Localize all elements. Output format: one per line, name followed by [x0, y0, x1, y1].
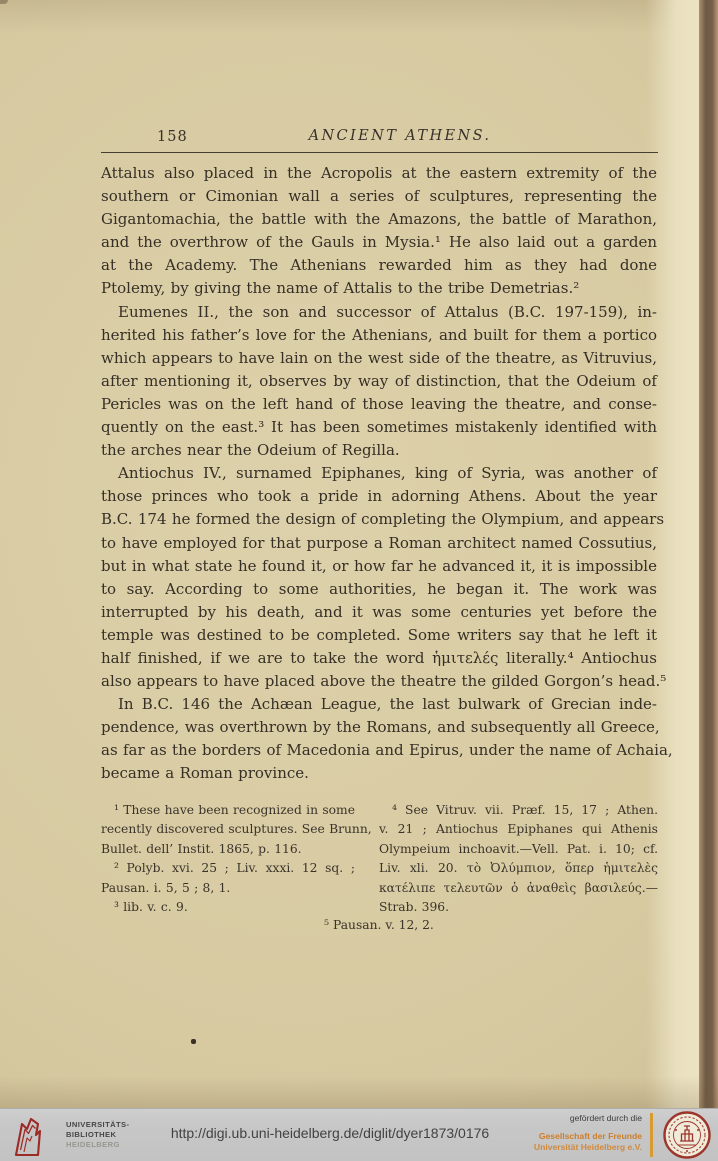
text-line: ³ lib. v. c. 9. — [101, 898, 355, 917]
text-line: ⁴ See Vitruv. vii. Præf. 15, 17 ; Athen. — [379, 801, 658, 820]
text-line: half finished, if we are to take the wor… — [101, 647, 657, 670]
page-edge-shadow — [699, 0, 718, 1108]
text-line: Antiochus IV., surnamed Epiphanes, king … — [101, 462, 657, 485]
footnote-4: ⁴ See Vitruv. vii. Præf. 15, 17 ; Athen.… — [379, 801, 658, 917]
text-line: Strab. 396. — [379, 898, 658, 917]
footer-divider — [650, 1113, 653, 1157]
text-line: v. 21 ; Antiochus Epiphanes qui Athenis — [379, 820, 658, 839]
text-line: after mentioning it, observes by way of … — [101, 370, 657, 393]
footnote-2: ² Polyb. xvi. 25 ; Liv. xxxi. 12 sq. ;Pa… — [101, 859, 355, 898]
text-line: herited his father’s love for the Atheni… — [101, 324, 657, 347]
text-line: Olympeium inchoavit.—Vell. Pat. i. 10; c… — [379, 840, 658, 859]
text-line: at the Academy. The Athenians rewarded h… — [101, 254, 657, 277]
library-footer-bar: UNIVERSITÄTS- BIBLIOTHEK HEIDELBERG http… — [0, 1108, 718, 1161]
funding-credit: gefördert durch die Gesellschaft der Fre… — [440, 1113, 642, 1154]
text-line: temple was destined to be completed. Som… — [101, 624, 657, 647]
footnotes-right-column: ⁴ See Vitruv. vii. Præf. 15, 17 ; Athen.… — [379, 801, 658, 917]
text-line: also appears to have placed above the th… — [101, 670, 657, 693]
funding-line1: gefördert durch die — [440, 1113, 642, 1125]
text-line: In B.C. 146 the Achæan League, the last … — [101, 693, 657, 716]
text-line: pendence, was overthrown by the Romans, … — [101, 716, 657, 739]
text-line: Gigantomachia, the battle with the Amazo… — [101, 208, 657, 231]
paragraph-eumenes: Eumenes II., the son and successor of At… — [101, 301, 657, 463]
text-line: and the overthrow of the Gauls in Mysia.… — [101, 231, 657, 254]
running-title: ANCIENT ATHENS. — [245, 128, 555, 144]
funding-line2: Gesellschaft der Freunde — [440, 1131, 642, 1143]
ink-speck — [191, 1039, 196, 1044]
text-line: Pericles was on the left hand of those l… — [101, 393, 657, 416]
scan-corner-artifact — [0, 0, 8, 4]
footnote-1: ¹ These have been recognized in somerece… — [101, 801, 355, 859]
page-bottom-shadow — [0, 1076, 718, 1108]
university-seal-icon — [662, 1110, 712, 1160]
text-line: became a Roman province. — [101, 762, 657, 785]
paragraph-attalus: Attalus also placed in the Acropolis at … — [101, 162, 657, 301]
footnotes-left-column: ¹ These have been recognized in somerece… — [101, 801, 355, 917]
header-rule — [101, 152, 658, 153]
page-number: 158 — [157, 129, 188, 145]
ub-heidelberg-logo-icon — [13, 1116, 43, 1157]
text-line: Attalus also placed in the Acropolis at … — [101, 162, 657, 185]
text-line: to say. According to some authorities, h… — [101, 578, 657, 601]
text-line: as far as the borders of Macedonia and E… — [101, 739, 657, 762]
text-line: ² Polyb. xvi. 25 ; Liv. xxxi. 12 sq. ; — [101, 859, 355, 878]
book-page-scan: 158 ANCIENT ATHENS. Attalus also placed … — [0, 0, 718, 1108]
text-line: those princes who took a pride in adorni… — [101, 485, 657, 508]
text-line: which appears to have lain on the west s… — [101, 347, 657, 370]
paragraph-achaean-league: In B.C. 146 the Achæan League, the last … — [101, 693, 657, 785]
text-line: to have employed for that purpose a Roma… — [101, 532, 657, 555]
text-line: southern or Cimonian wall a series of sc… — [101, 185, 657, 208]
text-line: recently discovered sculptures. See Brun… — [101, 820, 355, 839]
text-line: Bullet. dell’ Instit. 1865, p. 116. — [101, 840, 355, 859]
library-name-line3: HEIDELBERG — [66, 1140, 129, 1150]
text-line: interrupted by his death, and it was som… — [101, 601, 657, 624]
footnote-3: ³ lib. v. c. 9. — [101, 898, 355, 917]
footnote-5: ⁵ Pausan. v. 12, 2. — [101, 918, 657, 932]
scanned-page-viewport: 158 ANCIENT ATHENS. Attalus also placed … — [0, 0, 718, 1161]
text-line: Ptolemy, by giving the name of Attalis t… — [101, 277, 657, 300]
text-line: Eumenes II., the son and successor of At… — [101, 301, 657, 324]
text-line: but in what state he found it, or how fa… — [101, 555, 657, 578]
text-line: B.C. 174 he formed the design of complet… — [101, 508, 657, 531]
body-text: Attalus also placed in the Acropolis at … — [101, 162, 657, 786]
text-line: Liv. xli. 20. τὸ Ὀλύμπιον, ὅπερ ἡμιτελὲς — [379, 859, 658, 878]
text-line: Pausan. i. 5, 5 ; 8, 1. — [101, 879, 355, 898]
text-line: κατέλιπε τελευτῶν ὁ ἀναθεὶς βασιλεύς.— — [379, 879, 658, 898]
text-line: the arches near the Odeium of Regilla. — [101, 439, 657, 462]
text-line: quently on the east.³ It has been someti… — [101, 416, 657, 439]
funding-line3: Universität Heidelberg e.V. — [440, 1142, 642, 1154]
text-line: ¹ These have been recognized in some — [101, 801, 355, 820]
paragraph-antiochus: Antiochus IV., surnamed Epiphanes, king … — [101, 462, 657, 693]
